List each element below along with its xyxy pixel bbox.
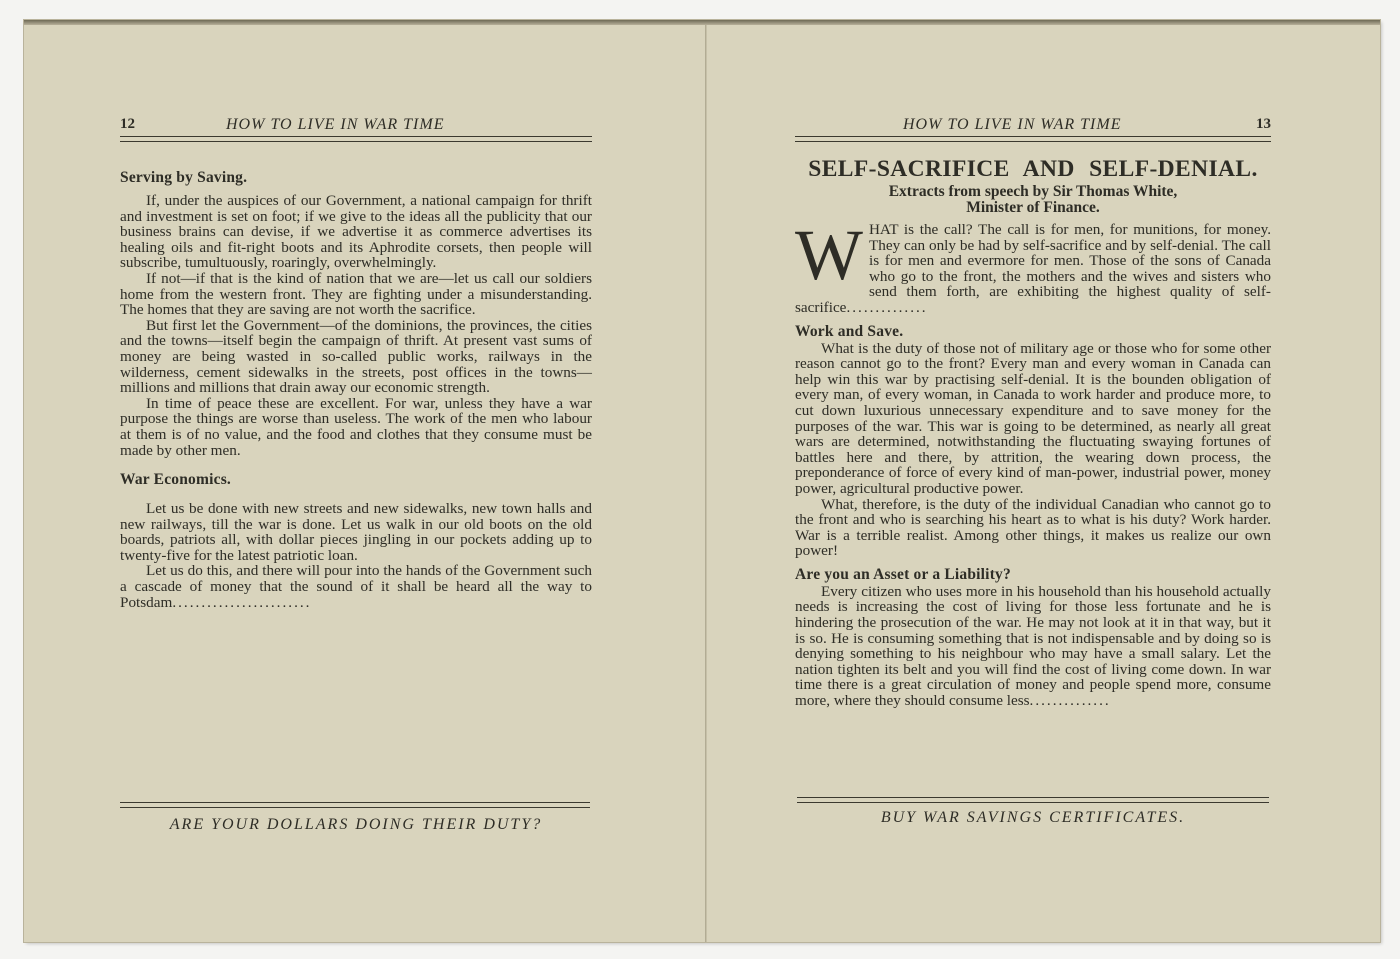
- drop-cap: W: [795, 226, 863, 288]
- header-double-rule: [120, 136, 592, 142]
- byline-role: Minister of Finance.: [795, 200, 1271, 216]
- right-page-body: SELF-SACRIFICE AND SELF-DENIAL. Extracts…: [795, 156, 1271, 709]
- footer-slogan: ARE YOUR DOLLARS DOING THEIR DUTY?: [120, 816, 592, 834]
- dotted-leader: ........................: [172, 594, 311, 611]
- section-heading: Work and Save.: [795, 322, 1271, 341]
- running-head-title: HOW TO LIVE IN WAR TIME: [226, 116, 444, 134]
- paragraph: Every citizen who uses more in his house…: [795, 584, 1271, 709]
- byline-speaker: Extracts from speech by Sir Thomas White…: [795, 184, 1271, 200]
- left-page-body: Serving by Saving. If, under the auspice…: [120, 168, 592, 610]
- article-byline: Extracts from speech by Sir Thomas White…: [795, 184, 1271, 216]
- dotted-leader: ..............: [1030, 692, 1111, 709]
- footer-slogan: BUY WAR SAVINGS CERTIFICATES.: [795, 809, 1271, 827]
- page-number: 12: [120, 116, 135, 133]
- paragraph: But first let the Government—of the domi…: [120, 318, 592, 396]
- paragraph: What is the duty of those not of militar…: [795, 341, 1271, 497]
- paragraph-text: Every citizen who uses more in his house…: [795, 583, 1271, 709]
- right-page: HOW TO LIVE IN WAR TIME 13 SELF-SACRIFIC…: [707, 20, 1380, 942]
- footer-double-rule: [120, 802, 590, 808]
- section-heading: Are you an Asset or a Liability?: [795, 565, 1271, 584]
- left-page: 12 HOW TO LIVE IN WAR TIME Serving by Sa…: [24, 20, 705, 942]
- intro-paragraph: WHAT is the call? The call is for men, f…: [795, 222, 1271, 316]
- section-heading: Serving by Saving.: [120, 168, 592, 187]
- paragraph: If, under the auspices of our Government…: [120, 193, 592, 271]
- running-head: 12 HOW TO LIVE IN WAR TIME: [120, 116, 592, 138]
- paragraph: Let us be done with new streets and new …: [120, 501, 592, 563]
- page-number: 13: [1256, 116, 1271, 133]
- article-title: SELF-SACRIFICE AND SELF-DENIAL.: [795, 156, 1271, 182]
- paragraph: In time of peace these are excellent. Fo…: [120, 396, 592, 458]
- paragraph: If not—if that is the kind of nation tha…: [120, 271, 592, 318]
- section-heading: War Economics.: [120, 470, 592, 489]
- paragraph: What, therefore, is the duty of the indi…: [795, 497, 1271, 559]
- running-head: HOW TO LIVE IN WAR TIME 13: [795, 116, 1271, 138]
- book-spread: 12 HOW TO LIVE IN WAR TIME Serving by Sa…: [24, 20, 1380, 942]
- paragraph: Let us do this, and there will pour into…: [120, 563, 592, 610]
- header-double-rule: [795, 136, 1271, 142]
- footer-double-rule: [797, 797, 1269, 803]
- dotted-leader: ..............: [846, 299, 927, 316]
- running-head-title: HOW TO LIVE IN WAR TIME: [903, 116, 1121, 134]
